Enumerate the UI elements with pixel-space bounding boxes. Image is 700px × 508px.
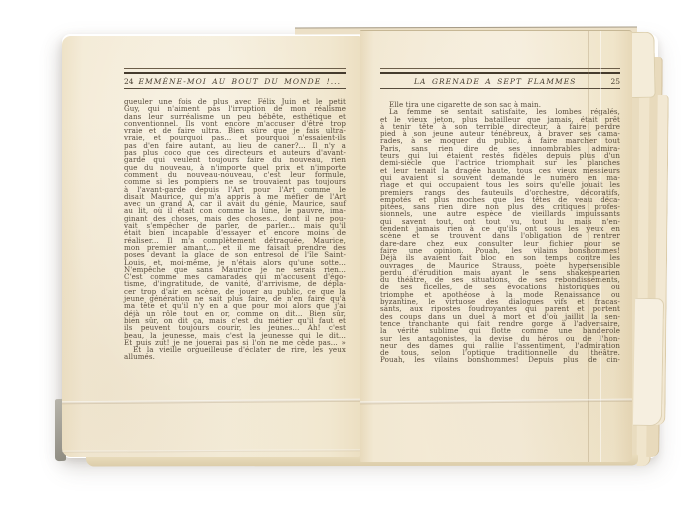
right-page-number: 25 (610, 77, 620, 86)
text-line: allumés. (124, 353, 346, 360)
left-page-fold-crease (62, 399, 360, 405)
left-running-title: EMMÈNE-MOI AU BOUT DU MONDE !... (134, 77, 346, 86)
right-running-head: LA GRENADE A SEPT FLAMMES 25 (380, 68, 620, 89)
photo-background: 24 EMMÈNE-MOI AU BOUT DU MONDE !... gueu… (0, 0, 700, 508)
right-page-vertical-crease (588, 31, 589, 462)
right-page-text: Elle tira une cigarette de son sac à mai… (380, 101, 620, 364)
head-rule-top (124, 68, 346, 74)
right-page-vertical-crease-highlight (600, 31, 601, 462)
right-page-fold-crease (360, 399, 632, 405)
left-page-text: gueuler une fois de plus avec Félix Juin… (124, 98, 346, 361)
head-rule-top (380, 68, 620, 74)
left-page-bottom-crease (62, 449, 360, 453)
left-page-number: 24 (124, 77, 134, 86)
left-running-head: 24 EMMÈNE-MOI AU BOUT DU MONDE !... (124, 68, 346, 89)
head-rule-bottom (124, 88, 346, 89)
page-corner-flap-mid-right (633, 298, 664, 426)
right-page: LA GRENADE A SEPT FLAMMES 25 Elle tira u… (360, 30, 632, 462)
text-line: Et la vieille orgueilleuse d'éclater de … (124, 346, 346, 353)
head-rule-bottom (380, 88, 620, 89)
left-page: 24 EMMÈNE-MOI AU BOUT DU MONDE !... gueu… (62, 36, 360, 457)
text-line: Pouah, les vilains bonshommes! Depuis pl… (380, 356, 620, 363)
right-running-title: LA GRENADE A SEPT FLAMMES (380, 77, 610, 86)
